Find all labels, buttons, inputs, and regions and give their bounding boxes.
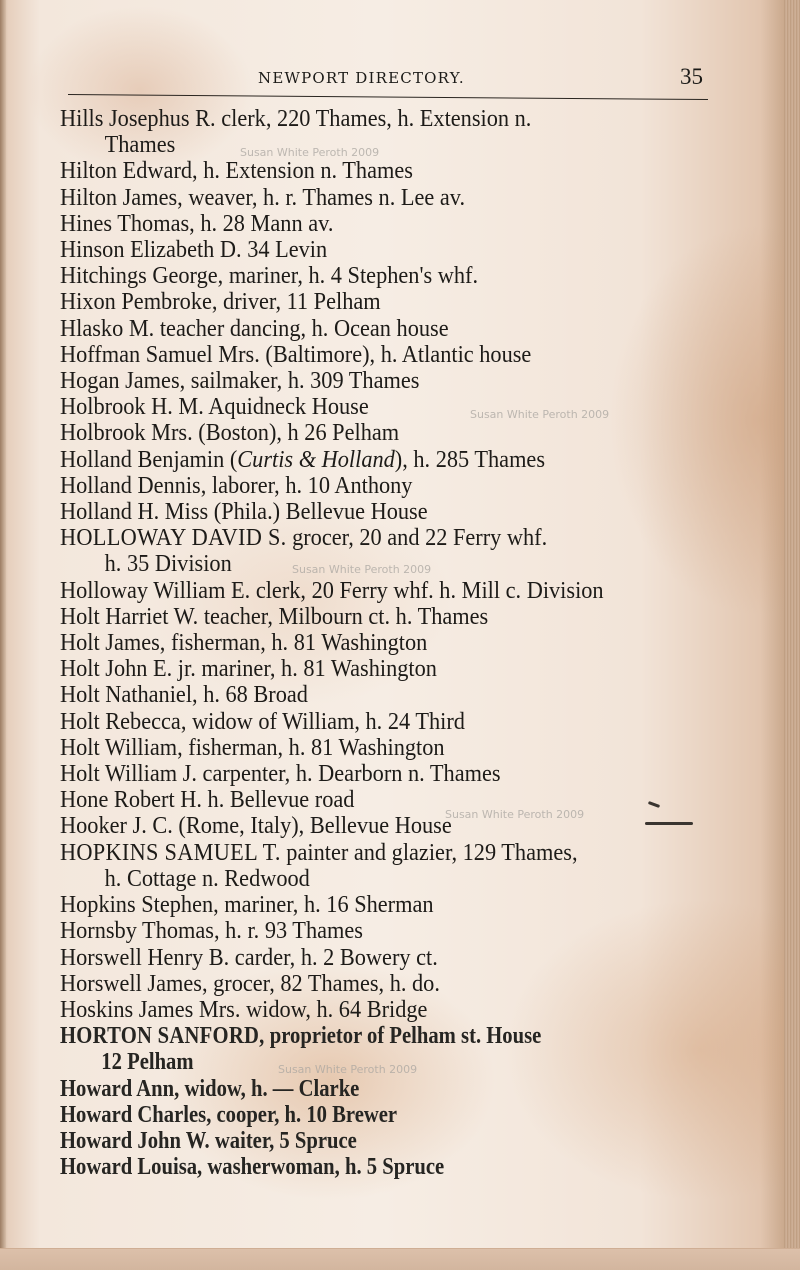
entry-details: h. 28 Mann av. [200, 211, 333, 237]
entry-details: h. r. 93 Thames [225, 918, 363, 944]
entry-name: Hilton Edward, [60, 158, 198, 184]
entry-name: Howard John W. [60, 1128, 210, 1154]
directory-entry: Hills Josephus R. clerk, 220 Thames, h. … [60, 106, 674, 158]
entry-name: Hornsby Thomas, [60, 918, 220, 944]
directory-entry: Hogan James, sailmaker, h. 309 Thames [60, 368, 674, 394]
directory-entry: Horswell James, grocer, 82 Thames, h. do… [60, 971, 674, 997]
directory-entry: Holbrook H. M. Aquidneck House [60, 394, 674, 420]
entry-name: Hlasko M. [60, 316, 154, 342]
directory-entry: Howard Ann, widow, h. — Clarke [60, 1076, 628, 1102]
directory-title: NEWPORT DIRECTORY. [258, 69, 465, 87]
entry-name: Holt William, [60, 735, 183, 761]
directory-entry: Holt Nathaniel, h. 68 Broad [60, 682, 674, 708]
entry-name: Holt Nathaniel, [60, 682, 198, 708]
scanned-page: NEWPORT DIRECTORY. 35 Hills Josephus R. … [0, 0, 800, 1270]
entry-name: Hilton James, [60, 185, 183, 211]
firm-name: Curtis & Holland [237, 447, 395, 473]
entry-name: Holbrook H. M. [60, 394, 204, 420]
entry-name: Horswell Henry B. [60, 945, 229, 971]
entry-details: h. 68 Broad [203, 682, 308, 708]
page-number: 35 [680, 64, 703, 90]
directory-entry: Howard Charles, cooper, h. 10 Brewer [60, 1102, 628, 1128]
directory-entry: Hlasko M. teacher dancing, h. Ocean hous… [60, 316, 674, 342]
directory-entry: Howard John W. waiter, 5 Spruce [60, 1128, 628, 1154]
entry-details: teacher dancing, h. Ocean house [160, 316, 449, 342]
entry-name: Hooker J. C. [60, 813, 173, 839]
entry-details: waiter, 5 Spruce [215, 1128, 357, 1154]
entry-name: Holbrook Mrs. [60, 420, 193, 446]
directory-entry: Hitchings George, mariner, h. 4 Stephen'… [60, 263, 674, 289]
directory-entry: Holland H. Miss (Phila.) Bellevue House [60, 499, 674, 525]
entry-details: widow of William, h. 24 Third [192, 709, 465, 735]
entry-details: (Boston), h 26 Pelham [198, 420, 399, 446]
page-bottom-strip [0, 1248, 800, 1270]
directory-entry: Hilton Edward, h. Extension n. Thames [60, 158, 674, 184]
entry-name: Holland H. Miss [60, 499, 208, 525]
directory-entry: Hixon Pembroke, driver, 11 Pelham [60, 289, 674, 315]
directory-entry: HOPKINS SAMUEL T. painter and glazier, 1… [60, 840, 674, 892]
entry-name: Hixon Pembroke, [60, 289, 217, 315]
entry-details: sailmaker, h. 309 Thames [191, 368, 420, 394]
entry-details: driver, 11 Pelham [223, 289, 381, 315]
entry-name: Holt James, [60, 630, 165, 656]
directory-entry: Hornsby Thomas, h. r. 93 Thames [60, 918, 674, 944]
entry-continuation: Thames [60, 132, 674, 158]
entry-details: fisherman, h. 81 Washington [188, 735, 444, 761]
directory-entry: Hooker J. C. (Rome, Italy), Bellevue Hou… [60, 813, 674, 839]
entry-name: HOPKINS SAMUEL T. [60, 840, 281, 866]
directory-entry: Holt William, fisherman, h. 81 Washingto… [60, 735, 674, 761]
directory-entry: Hopkins Stephen, mariner, h. 16 Sherman [60, 892, 674, 918]
directory-entry: Holland Benjamin (Curtis & Holland), h. … [60, 447, 674, 473]
entry-name: Hoffman Samuel Mrs. [60, 342, 260, 368]
entry-name: Hines Thomas, [60, 211, 195, 237]
directory-entry: Howard Louisa, washerwoman, h. 5 Spruce [60, 1154, 628, 1180]
entry-name: Hitchings George, [60, 263, 223, 289]
entry-details: ), h. 285 Thames [395, 447, 545, 473]
entry-details: laborer, h. 10 Anthony [212, 473, 413, 499]
entry-details: grocer, 20 and 22 Ferry whf. [292, 525, 547, 551]
entry-continuation: 12 Pelham [60, 1049, 628, 1075]
paren-open: ( [230, 447, 237, 473]
entry-name: Holt Harriet W. [60, 604, 198, 630]
entry-name: Holt Rebecca, [60, 709, 186, 735]
entry-name: Holt William J. [60, 761, 197, 787]
entry-details: teacher, Milbourn ct. h. Thames [204, 604, 488, 630]
entry-name: Hogan James, [60, 368, 185, 394]
entry-name: Howard Ann, [60, 1076, 179, 1102]
directory-entry: Hines Thomas, h. 28 Mann av. [60, 211, 674, 237]
entry-name: Hopkins Stephen, [60, 892, 219, 918]
entry-details: carder, h. 2 Bowery ct. [235, 945, 438, 971]
entry-name: HORTON SANFORD, [60, 1023, 265, 1049]
entry-details: h. Bellevue road [208, 787, 355, 813]
directory-entry: Hoskins James Mrs. widow, h. 64 Bridge [60, 997, 674, 1023]
entry-details: widow, h. 64 Bridge [246, 997, 427, 1023]
entry-name: Holland Dennis, [60, 473, 206, 499]
directory-entry: Hone Robert H. h. Bellevue road [60, 787, 674, 813]
entry-details: clerk, 220 Thames, h. Extension n. [221, 106, 531, 132]
directory-entry: Horswell Henry B. carder, h. 2 Bowery ct… [60, 945, 674, 971]
entry-name: Hinson Elizabeth D. [60, 237, 242, 263]
directory-entry: Hoffman Samuel Mrs. (Baltimore), h. Atla… [60, 342, 674, 368]
directory-entry: Holt John E. jr. mariner, h. 81 Washingt… [60, 656, 674, 682]
entry-details: (Baltimore), h. Atlantic house [265, 342, 531, 368]
entry-name: Holt John E. jr. [60, 656, 196, 682]
entry-details: mariner, h. 4 Stephen's whf. [229, 263, 478, 289]
directory-entries: Hills Josephus R. clerk, 220 Thames, h. … [60, 106, 720, 1180]
entry-details: widow, h. — Clarke [184, 1076, 359, 1102]
entry-details: weaver, h. r. Thames n. Lee av. [188, 185, 465, 211]
page-left-edge [0, 0, 6, 1270]
entry-details: Aquidneck House [208, 394, 369, 420]
entry-continuation: h. Cottage n. Redwood [60, 866, 674, 892]
entry-details: (Phila.) Bellevue House [214, 499, 428, 525]
directory-entry: Holt William J. carpenter, h. Dearborn n… [60, 761, 674, 787]
directory-entry: HOLLOWAY DAVID S. grocer, 20 and 22 Ferr… [60, 525, 674, 577]
entry-details: clerk, 20 Ferry whf. h. Mill c. Division [256, 578, 604, 604]
entry-name: Hoskins James Mrs. [60, 997, 240, 1023]
entry-details: h. Extension n. Thames [203, 158, 413, 184]
entry-details: cooper, h. 10 Brewer [217, 1102, 398, 1128]
entry-continuation: h. 35 Division [60, 551, 674, 577]
directory-entry: Holloway William E. clerk, 20 Ferry whf.… [60, 578, 674, 604]
entry-name: Hills Josephus R. [60, 106, 216, 132]
directory-entry: Holbrook Mrs. (Boston), h 26 Pelham [60, 420, 674, 446]
directory-entry: Holt James, fisherman, h. 81 Washington [60, 630, 674, 656]
ink-smudge [645, 822, 693, 825]
directory-entry: Hinson Elizabeth D. 34 Levin [60, 237, 674, 263]
entry-name: Hone Robert H. [60, 787, 202, 813]
entry-details: mariner, h. 81 Washington [201, 656, 437, 682]
entry-details: (Rome, Italy), Bellevue House [178, 813, 451, 839]
entry-details: carpenter, h. Dearborn n. Thames [203, 761, 501, 787]
header-rule [68, 94, 708, 100]
entry-details: mariner, h. 16 Sherman [224, 892, 433, 918]
directory-entry: Holt Harriet W. teacher, Milbourn ct. h.… [60, 604, 674, 630]
directory-entry: Hilton James, weaver, h. r. Thames n. Le… [60, 185, 674, 211]
entry-name: Howard Charles, [60, 1102, 211, 1128]
entry-name: HOLLOWAY DAVID S. [60, 525, 287, 551]
entry-details: grocer, 82 Thames, h. do. [213, 971, 440, 997]
directory-entry: Holt Rebecca, widow of William, h. 24 Th… [60, 709, 674, 735]
entry-details: fisherman, h. 81 Washington [171, 630, 427, 656]
entry-name: Howard Louisa, [60, 1154, 202, 1180]
entry-name: Holland Benjamin [60, 447, 224, 473]
directory-entry: HORTON SANFORD, proprietor of Pelham st.… [60, 1023, 628, 1075]
entry-details: 34 Levin [247, 237, 327, 263]
entry-name: Horswell James, [60, 971, 208, 997]
directory-entry: Holland Dennis, laborer, h. 10 Anthony [60, 473, 674, 499]
entry-details: painter and glazier, 129 Thames, [286, 840, 577, 866]
entry-details: washerwoman, h. 5 Spruce [207, 1154, 444, 1180]
running-head: NEWPORT DIRECTORY. 35 [60, 62, 710, 92]
entry-details: proprietor of Pelham st. House [270, 1023, 542, 1049]
page-right-edge [784, 0, 800, 1270]
entry-name: Holloway William E. [60, 578, 250, 604]
